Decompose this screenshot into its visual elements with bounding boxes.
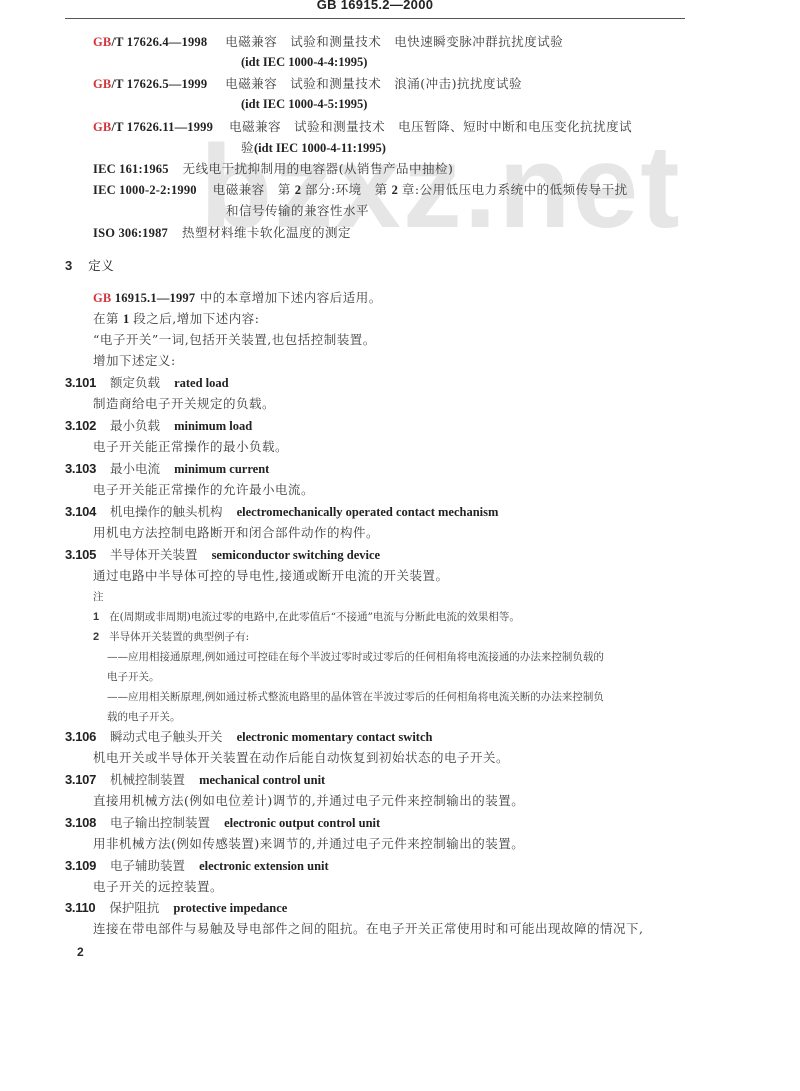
term-en: electronic momentary contact switch [237, 730, 433, 744]
term-number: 3.105 [65, 547, 96, 562]
term-definition: 直接用机械方法(例如电位差计)调节的,并通过电子元件来控制输出的装置。 [93, 791, 524, 811]
reference-item: ISO 306:1987 热塑材料维卡软化温度的测定 [93, 223, 351, 243]
term-heading: 3.102最小负载minimum load [65, 416, 252, 436]
ref-title: 热塑材料维卡软化温度的测定 [182, 225, 351, 240]
term-number: 3.103 [65, 461, 96, 476]
section-title: 定义 [88, 258, 114, 273]
ref-title-num: 2 [392, 183, 398, 197]
ref-code: ISO 306:1987 [93, 226, 168, 240]
term-en: minimum load [174, 419, 252, 433]
term-zh: 最小负载 [110, 418, 160, 433]
note-text: 半导体开关装置的典型例子有: [109, 631, 249, 643]
term-zh: 电子辅助装置 [110, 858, 185, 873]
ref-title-part: 章:公用低压电力系统中的低频传导干扰 [402, 182, 628, 197]
ref-title: 无线电干扰抑制用的电容器(从销售产品中抽检) [183, 161, 454, 176]
intro-line: “电子开关”一词,包括开关装置,也包括控制装置。 [93, 330, 376, 350]
term-definition: 用机电方法控制电路断开和闭合部件动作的构件。 [93, 523, 379, 543]
term-number: 3.104 [65, 504, 96, 519]
ref-prefix: GB [93, 120, 111, 134]
term-heading: 3.110保护阻抗protective impedance [65, 898, 287, 918]
term-heading: 3.107机械控制装置mechanical control unit [65, 770, 325, 790]
term-definition: 制造商给电子开关规定的负载。 [93, 394, 275, 414]
term-en: mechanical control unit [199, 773, 325, 787]
reference-item: GB/T 17626.11—1999 电磁兼容 试验和测量技术 电压暂降、短时中… [93, 117, 632, 137]
ref-title-part: 电磁兼容 第 [213, 182, 291, 197]
ref-title-num: 2 [295, 183, 301, 197]
term-en: electromechanically operated contact mec… [237, 505, 499, 519]
intro-num: 1 [123, 312, 129, 326]
intro-text: 在第 [93, 311, 119, 326]
ref-code: IEC 161:1965 [93, 162, 169, 176]
term-heading: 3.104机电操作的触头机构electromechanically operat… [65, 502, 498, 522]
ref-code: 16915.1—1997 [111, 291, 195, 305]
term-number: 3.108 [65, 815, 96, 830]
ref-code: /T 17626.11—1999 [111, 120, 213, 134]
ref-code: /T 17626.5—1999 [111, 77, 207, 91]
note-item: 1在(周期或非周期)电流过零的电路中,在此零值后“不接通”电流与分断此电流的效果… [93, 607, 520, 627]
term-en: rated load [174, 376, 229, 390]
term-en: minimum current [174, 462, 269, 476]
ref-title: 电磁兼容 试验和测量技术 电快速瞬变脉冲群抗扰度试验 [225, 34, 563, 49]
term-zh: 机械控制装置 [110, 772, 185, 787]
term-heading: 3.109电子辅助装置electronic extension unit [65, 856, 329, 876]
page-header: GB 16915.2—2000 [65, 0, 685, 19]
reference-item: IEC 161:1965 无线电干扰抑制用的电容器(从销售产品中抽检) [93, 159, 453, 179]
ref-prefix: GB [93, 291, 111, 305]
term-number: 3.106 [65, 729, 96, 744]
ref-continuation: 和信号传输的兼容性水平 [226, 201, 369, 221]
ref-continuation: (idt IEC 1000-4-4:1995) [241, 52, 367, 72]
term-number: 3.102 [65, 418, 96, 433]
term-zh: 保护阻抗 [109, 900, 159, 915]
term-zh: 瞬动式电子触头开关 [110, 729, 223, 744]
ref-code: /T 17626.4—1998 [111, 35, 207, 49]
note-number: 1 [93, 611, 99, 623]
term-zh: 机电操作的触头机构 [110, 504, 223, 519]
ref-title-part: 部分:环境 第 [305, 182, 388, 197]
ref-title: 电磁兼容 试验和测量技术 浪涌(冲击)抗扰度试验 [225, 76, 522, 91]
term-zh: 电子输出控制装置 [110, 815, 210, 830]
intro-line: 在第 1 段之后,增加下述内容: [93, 309, 259, 329]
note-dash-item: ——应用相接通原理,例如通过可控硅在每个半波过零时或过零后的任何相角将电流接通的… [107, 647, 604, 667]
term-heading: 3.101额定负载rated load [65, 373, 229, 393]
term-definition: 电子开关能正常操作的允许最小电流。 [93, 480, 314, 500]
ref-cont-en: (idt IEC 1000-4-11:1995) [254, 141, 386, 155]
reference-item: GB/T 17626.5—1999 电磁兼容 试验和测量技术 浪涌(冲击)抗扰度… [93, 74, 522, 94]
ref-prefix: GB [93, 77, 111, 91]
term-number: 3.109 [65, 858, 96, 873]
intro-line: 增加下述定义: [93, 351, 176, 371]
term-en: protective impedance [173, 901, 287, 915]
term-definition: 电子开关能正常操作的最小负载。 [93, 437, 288, 457]
intro-text: 中的本章增加下述内容后适用。 [195, 290, 381, 305]
ref-code: IEC 1000-2-2:1990 [93, 183, 197, 197]
term-heading: 3.108电子输出控制装置electronic output control u… [65, 813, 380, 833]
term-heading: 3.105半导体开关装置semiconductor switching devi… [65, 545, 380, 565]
note-text: 在(周期或非周期)电流过零的电路中,在此零值后“不接通”电流与分断此电流的效果相… [109, 611, 520, 623]
term-en: electronic extension unit [199, 859, 329, 873]
note-number: 2 [93, 631, 99, 643]
ref-continuation: 验(idt IEC 1000-4-11:1995) [241, 138, 386, 158]
note-dash-cont: 载的电子开关。 [107, 707, 181, 727]
term-en: electronic output control unit [224, 816, 380, 830]
term-definition: 机电开关或半导体开关装置在动作后能自动恢复到初始状态的电子开关。 [93, 748, 509, 768]
intro-line: GB 16915.1—1997 中的本章增加下述内容后适用。 [93, 288, 382, 308]
section-heading: 3 定义 [65, 256, 114, 276]
term-zh: 额定负载 [110, 375, 160, 390]
intro-text: 段之后,增加下述内容: [133, 311, 259, 326]
term-definition: 通过电路中半导体可控的导电性,接通或断开电流的开关装置。 [93, 566, 448, 586]
term-definition: 电子开关的远控装置。 [93, 877, 223, 897]
note-dash-item: ——应用相关断原理,例如通过桥式整流电路里的晶体管在半波过零后的任何相角将电流关… [107, 687, 604, 707]
term-heading: 3.103最小电流minimum current [65, 459, 269, 479]
term-definition: 连接在带电部件与易触及导电部件之间的阻抗。在电子开关正常使用时和可能出现故障的情… [93, 919, 643, 939]
ref-prefix: GB [93, 35, 111, 49]
note-label: 注 [93, 587, 104, 607]
page-number: 2 [77, 942, 84, 962]
note-dash-cont: 电子开关。 [107, 667, 160, 687]
reference-item: GB/T 17626.4—1998 电磁兼容 试验和测量技术 电快速瞬变脉冲群抗… [93, 32, 563, 52]
ref-continuation: (idt IEC 1000-4-5:1995) [241, 94, 367, 114]
note-item: 2半导体开关装置的典型例子有: [93, 627, 249, 647]
term-number: 3.101 [65, 375, 96, 390]
term-zh: 半导体开关装置 [110, 547, 198, 562]
section-number: 3 [65, 258, 72, 273]
term-heading: 3.106瞬动式电子触头开关electronic momentary conta… [65, 727, 432, 747]
term-number: 3.110 [65, 900, 95, 915]
term-en: semiconductor switching device [212, 548, 381, 562]
ref-cont-zh: 验 [241, 140, 254, 155]
term-definition: 用非机械方法(例如传感装置)来调节的,并通过电子元件来控制输出的装置。 [93, 834, 524, 854]
standard-number: GB 16915.2—2000 [65, 0, 685, 12]
reference-item: IEC 1000-2-2:1990 电磁兼容 第 2 部分:环境 第 2 章:公… [93, 180, 628, 200]
term-zh: 最小电流 [110, 461, 160, 476]
ref-title: 电磁兼容 试验和测量技术 电压暂降、短时中断和电压变化抗扰度试 [229, 119, 632, 134]
term-number: 3.107 [65, 772, 96, 787]
